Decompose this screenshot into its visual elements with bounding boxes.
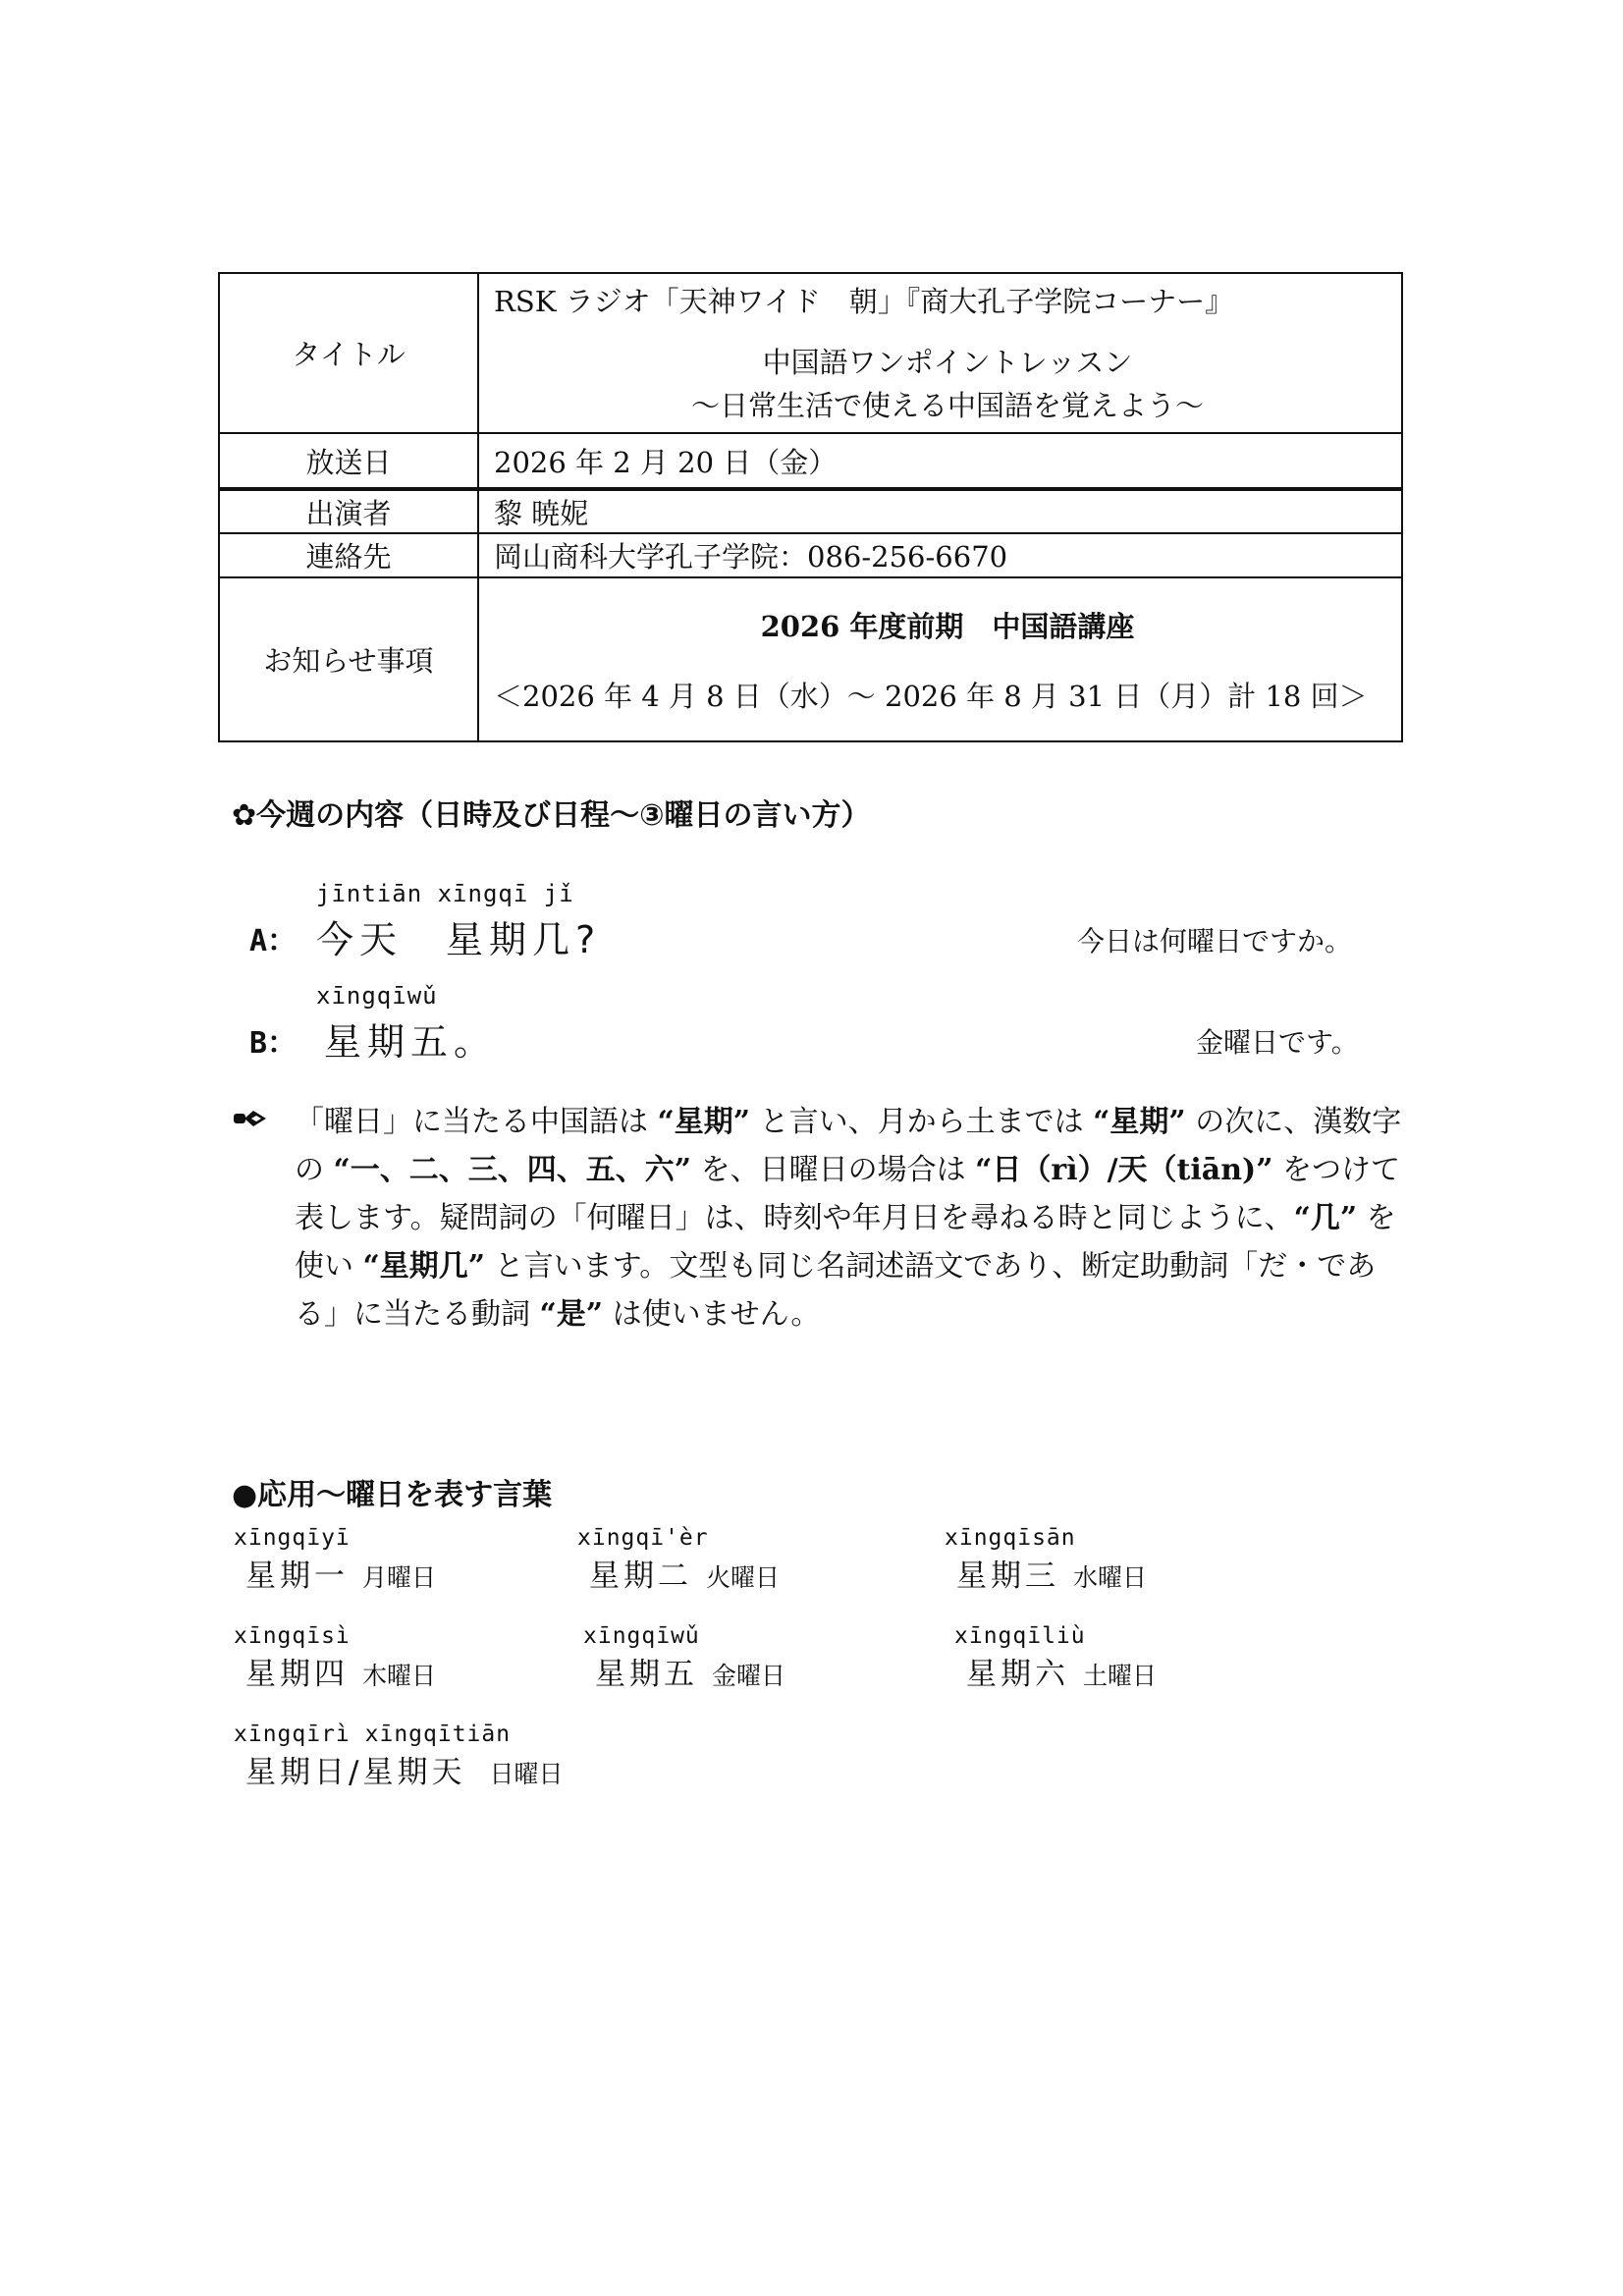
day-chinese: 星期六 xyxy=(966,1657,1069,1692)
notice-cell: 2026 年度前期 中国語講座 ＜2026 年 4 月 8 日（水）～ 2026… xyxy=(478,577,1402,741)
contact-value: 岡山商科大学孔子学院：086-256-6670 xyxy=(478,533,1402,577)
explanation-term: “星期” xyxy=(1093,1105,1186,1139)
day-pinyin: xīngqīyī xyxy=(234,1525,436,1551)
title-cell: RSK ラジオ「天神ワイド 朝」『商大孔子学院コーナー』 中国語ワンポイントレッ… xyxy=(478,273,1402,433)
day-pinyin: xīngqīsì xyxy=(234,1623,436,1649)
day-japanese: 木曜日 xyxy=(362,1662,436,1690)
day-japanese: 月曜日 xyxy=(362,1563,436,1592)
explanation-segment: 「曜日」に当たる中国語は xyxy=(295,1105,658,1139)
explanation-segment: は使いません。 xyxy=(603,1297,820,1332)
info-table: タイトル RSK ラジオ「天神ワイド 朝」『商大孔子学院コーナー』 中国語ワンポ… xyxy=(218,272,1403,742)
day-pinyin: xīngqīrì xīngqītiān xyxy=(234,1722,563,1747)
dialogue-b-chinese: 星期五。 xyxy=(324,1011,497,1066)
title-line-3: ～日常生活で使える中国語を覚えよう～ xyxy=(494,384,1401,427)
day-friday: xīngqīwǔ 星期五金曜日 xyxy=(583,1623,785,1693)
day-chinese: 星期三 xyxy=(956,1558,1059,1594)
dialogue-b-speaker: B： xyxy=(249,1018,297,1062)
explanation-paragraph: 「曜日」に当たる中国語は “星期” と言い、月から土までは “星期” の次に、漢… xyxy=(295,1098,1404,1339)
broadcast-label: 放送日 xyxy=(219,433,478,489)
explanation-term: “一、二、三、四、五、六” xyxy=(334,1153,692,1187)
explanation-segment: を、日曜日の場合は xyxy=(691,1153,975,1187)
day-monday: xīngqīyī 星期一月曜日 xyxy=(234,1525,436,1595)
explanation-term: “星期” xyxy=(658,1105,751,1139)
dialogue-a-japanese: 今日は何曜日ですか。 xyxy=(1077,920,1352,959)
row-title: タイトル RSK ラジオ「天神ワイド 朝」『商大孔子学院コーナー』 中国語ワンポ… xyxy=(219,273,1402,433)
row-broadcast-date: 放送日 2026 年 2 月 20 日（金） xyxy=(219,433,1402,489)
performer-value: 黎 暁妮 xyxy=(478,489,1402,533)
day-tuesday: xīngqī'èr 星期二火曜日 xyxy=(577,1525,780,1595)
dialogue-a-pinyin: jīntiān xīngqī jǐ xyxy=(316,880,574,907)
day-thursday: xīngqīsì 星期四木曜日 xyxy=(234,1623,436,1693)
title-label: タイトル xyxy=(219,273,478,433)
section-heading-application: ●応用～曜日を表す言葉 xyxy=(232,1470,552,1513)
row-performer: 出演者 黎 暁妮 xyxy=(219,489,1402,533)
day-chinese: 星期一 xyxy=(245,1558,349,1594)
row-notice: お知らせ事項 2026 年度前期 中国語講座 ＜2026 年 4 月 8 日（水… xyxy=(219,577,1402,741)
day-chinese: 星期五 xyxy=(595,1657,698,1692)
performer-label: 出演者 xyxy=(219,489,478,533)
explanation-term: “日（rì）/天（tiān)” xyxy=(975,1153,1272,1187)
dialogue-b-japanese: 金曜日です。 xyxy=(1196,1021,1359,1061)
day-japanese: 日曜日 xyxy=(489,1760,563,1788)
day-pinyin: xīngqī'èr xyxy=(577,1525,780,1551)
day-pinyin: xīngqīwǔ xyxy=(583,1623,785,1649)
explanation-term: “几” xyxy=(1294,1201,1358,1235)
day-sunday: xīngqīrì xīngqītiān 星期日/星期天日曜日 xyxy=(234,1722,563,1791)
notice-label: お知らせ事項 xyxy=(219,577,478,741)
notice-line-2: ＜2026 年 4 月 8 日（水）～ 2026 年 8 月 31 日（月）計 … xyxy=(494,675,1401,715)
day-pinyin: xīngqīsān xyxy=(945,1525,1147,1551)
day-japanese: 水曜日 xyxy=(1073,1563,1147,1592)
day-wednesday: xīngqīsān 星期三水曜日 xyxy=(945,1525,1147,1595)
pen-nib-icon xyxy=(234,1109,267,1128)
contact-label: 連絡先 xyxy=(219,533,478,577)
title-line-2: 中国語ワンポイントレッスン xyxy=(494,341,1401,384)
day-chinese: 星期二 xyxy=(589,1558,692,1594)
title-line-1: RSK ラジオ「天神ワイド 朝」『商大孔子学院コーナー』 xyxy=(494,280,1401,323)
dialogue-a-speaker: A： xyxy=(249,916,297,959)
row-contact: 連絡先 岡山商科大学孔子学院：086-256-6670 xyxy=(219,533,1402,577)
day-japanese: 火曜日 xyxy=(706,1563,780,1592)
dialogue-b-pinyin: xīngqīwǔ xyxy=(316,982,438,1010)
explanation-segment: と言い、月から土までは xyxy=(750,1105,1093,1139)
dialogue-a-chinese: 今天 星期几? xyxy=(316,909,601,963)
day-chinese: 星期四 xyxy=(245,1657,349,1692)
explanation-term: “星期几” xyxy=(363,1249,486,1284)
notice-line-1: 2026 年度前期 中国語講座 xyxy=(494,605,1401,645)
explanation-term: “是” xyxy=(540,1297,604,1332)
day-chinese: 星期日/星期天 xyxy=(245,1755,465,1790)
section-heading-weekly-content: ✿今週の内容（日時及び日程～③曜日の言い方） xyxy=(232,791,871,834)
day-japanese: 金曜日 xyxy=(712,1662,785,1690)
day-saturday: xīngqīliù 星期六土曜日 xyxy=(954,1623,1157,1693)
broadcast-value: 2026 年 2 月 20 日（金） xyxy=(478,433,1402,489)
day-pinyin: xīngqīliù xyxy=(954,1623,1157,1649)
day-japanese: 土曜日 xyxy=(1083,1662,1157,1690)
